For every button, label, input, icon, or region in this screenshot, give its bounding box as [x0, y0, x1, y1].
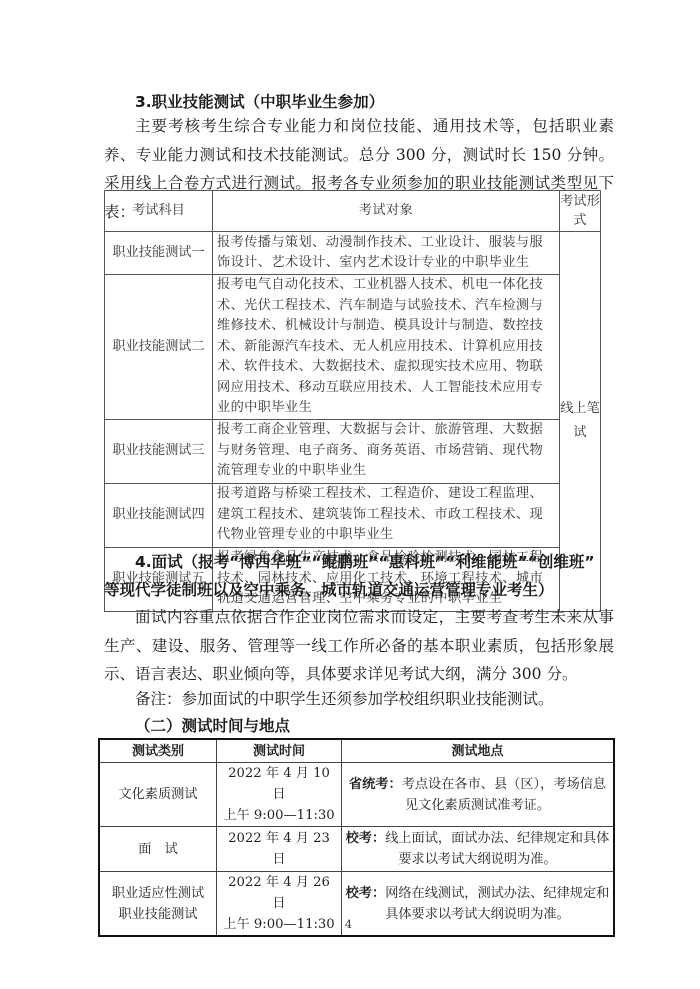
target-cell: 报考道路与桥梁工程技术、工程造价、建设工程监理、建筑工程技术、建筑装饰工程技术、… [213, 483, 560, 547]
place-cell: 校考：线上面试，面试办法、纪律规定和具体要求以考试大纲说明为准。 [342, 827, 615, 872]
place-text: 线上面试，面试办法、纪律规定和具体要求以考试大纲说明为准。 [385, 831, 609, 867]
subject-cell: 职业技能测试二 [105, 275, 213, 420]
target-cell: 报考传播与策划、动漫制作技术、工业设计、服装与服饰设计、艺术设计、室内艺术设计专… [213, 232, 560, 275]
place-label: 校考： [346, 831, 386, 846]
time-place-heading: （二）测试时间与地点 [135, 716, 290, 736]
section-4-paragraph: 面试内容重点依据合作企业岗位需求而设定，主要考查考生未来从事生产、建设、服务、管… [104, 603, 614, 689]
time-hours: 上午 9:00—11:30 [220, 914, 338, 935]
place-label: 校考： [346, 886, 386, 901]
subject-cell: 职业技能测试四 [105, 483, 213, 547]
place-text: 考点设在各市、县（区），考场信息见文化素质测试准考证。 [402, 777, 606, 813]
table-row: 职业技能测试一 报考传播与策划、动漫制作技术、工业设计、服装与服饰设计、艺术设计… [105, 232, 601, 275]
page-number: 4 [345, 918, 352, 931]
header-subject: 考试科目 [105, 191, 213, 232]
time-cell: 2022 年 4 月 23 日 [217, 827, 342, 872]
time-date: 2022 年 4 月 26 日 [220, 872, 338, 914]
target-cell: 报考电气自动化技术、工业机器人技术、机电一体化技术、光伏工程技术、汽车制造与试验… [213, 275, 560, 420]
place-cell: 校考：网络在线测试，测试办法、纪律规定和具体要求以考试大纲说明为准。 [342, 872, 615, 937]
place-cell: 省统考：考点设在各市、县（区），考场信息见文化素质测试准考证。 [342, 763, 615, 827]
time-place-table: 测试类别 测试时间 测试地点 文化素质测试 2022 年 4 月 10 日 上午… [98, 738, 615, 937]
place-label: 省统考： [349, 777, 402, 792]
table-row: 职业技能测试三 报考工商企业管理、大数据与会计、旅游管理、大数据与财务管理、电子… [105, 419, 601, 483]
section-4-heading-line1: 4.面试（报考“博西华班”“鲲鹏班”“惠科班”“利维能班”“创维班” [135, 552, 595, 572]
target-cell: 报考工商企业管理、大数据与会计、旅游管理、大数据与财务管理、电子商务、商务英语、… [213, 419, 560, 483]
section-3-heading: 3.职业技能测试（中职毕业生参加） [135, 92, 384, 112]
section-4-heading-line2: 等现代学徒制班以及空中乘务、城市轨道交通运营管理专业考生） [104, 580, 554, 600]
time-hours: 上午 9:00—11:30 [220, 805, 338, 826]
table-row: 文化素质测试 2022 年 4 月 10 日 上午 9:00—11:30 省统考… [99, 763, 614, 827]
section-4-note: 备注：参加面试的中职学生还须参加学校组织职业技能测试。 [135, 689, 554, 709]
subject-cell: 职业技能测试三 [105, 419, 213, 483]
time-date: 2022 年 4 月 10 日 [220, 763, 338, 805]
table-row: 职业技能测试二 报考电气自动化技术、工业机器人技术、机电一体化技术、光伏工程技术… [105, 275, 601, 420]
document-page: 3.职业技能测试（中职毕业生参加） 主要考核考生综合专业能力和岗位技能、通用技术… [0, 0, 700, 989]
table-row: 职业适应性测试 职业技能测试 2022 年 4 月 26 日 上午 9:00—1… [99, 872, 614, 937]
place-text: 网络在线测试，测试办法、纪律规定和具体要求以考试大纲说明为准。 [385, 886, 609, 922]
table-row: 面 试 2022 年 4 月 23 日 校考：线上面试，面试办法、纪律规定和具体… [99, 827, 614, 872]
subject-cell: 职业技能测试一 [105, 232, 213, 275]
header-category: 测试类别 [99, 739, 217, 763]
header-target: 考试对象 [213, 191, 560, 232]
time-cell: 2022 年 4 月 26 日 上午 9:00—11:30 [217, 872, 342, 937]
category-line: 职业适应性测试 [103, 883, 213, 904]
header-place: 测试地点 [342, 739, 615, 763]
time-cell: 2022 年 4 月 10 日 上午 9:00—11:30 [217, 763, 342, 827]
table-row: 职业技能测试四 报考道路与桥梁工程技术、工程造价、建设工程监理、建筑工程技术、建… [105, 483, 601, 547]
category-line: 职业技能测试 [103, 904, 213, 925]
table-header-row: 考试科目 考试对象 考试形式 [105, 191, 601, 232]
header-time: 测试时间 [217, 739, 342, 763]
category-cell: 文化素质测试 [99, 763, 217, 827]
table-header-row: 测试类别 测试时间 测试地点 [99, 739, 614, 763]
header-form: 考试形式 [560, 191, 601, 232]
category-cell: 面 试 [99, 827, 217, 872]
skill-test-table: 考试科目 考试对象 考试形式 职业技能测试一 报考传播与策划、动漫制作技术、工业… [104, 190, 601, 612]
category-cell: 职业适应性测试 职业技能测试 [99, 872, 217, 937]
